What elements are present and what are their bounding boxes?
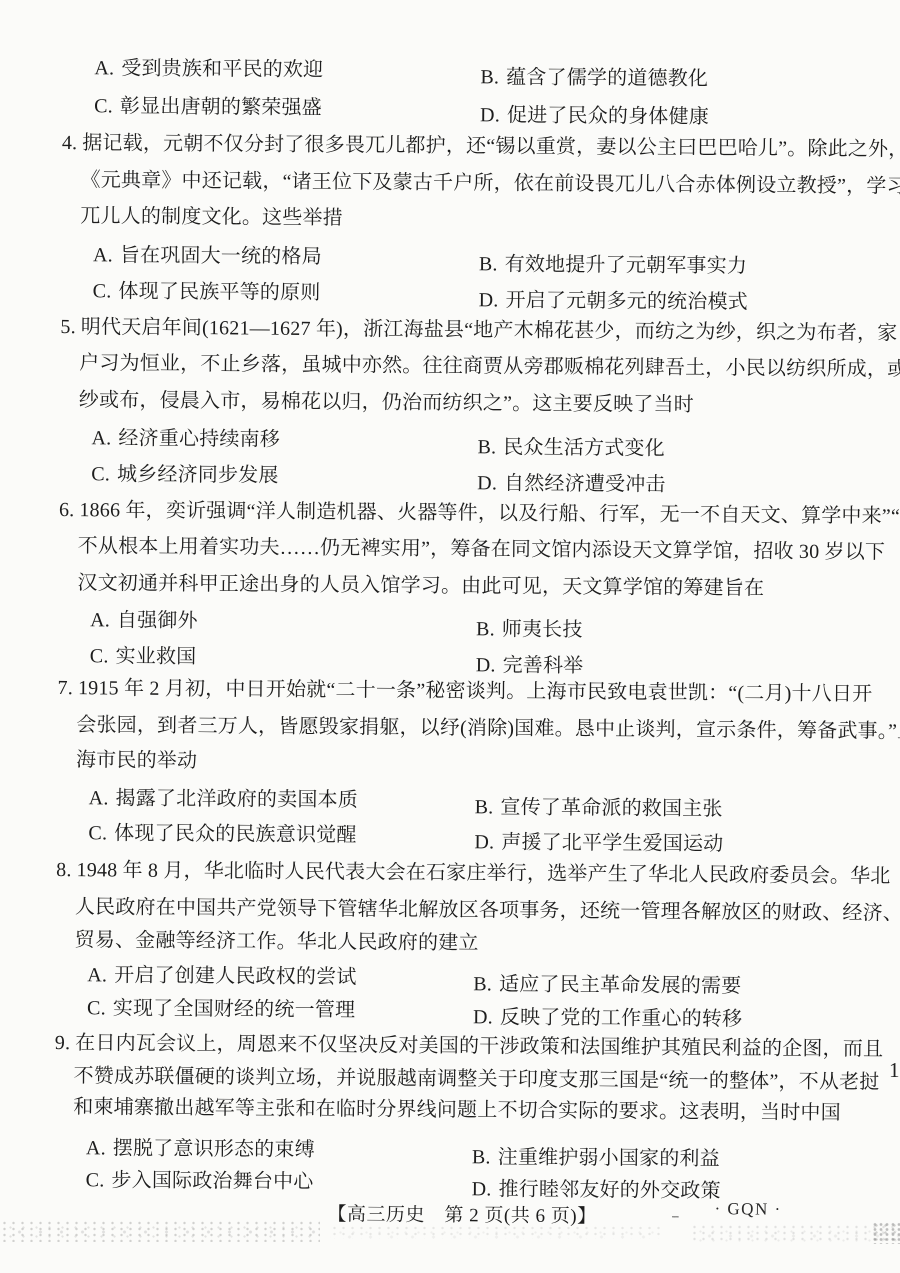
answer-option: B.适应了民主革命发展的需要 [473, 971, 741, 999]
option-label: D. [477, 470, 497, 496]
option-label: B. [480, 64, 499, 90]
answer-option: A.旨在巩固大一统的格局 [93, 242, 322, 270]
question-stem-line: 9.在日内瓦会议上，周恩来不仅坚决反对美国的干涉政策和法国维护其殖民利益的企图，… [55, 1030, 884, 1063]
answer-option: A.受到贵族和平民的欢迎 [94, 55, 323, 83]
answer-option: D.自然经济遭受冲击 [477, 470, 666, 497]
stem-text: 明代天启年间(1621—1627 年)，浙江海盐县“地产木棉花甚少，而纺之为纱，… [81, 316, 898, 344]
option-label: B. [472, 1144, 491, 1170]
option-label: C. [90, 643, 109, 669]
content-layer: 【高三历史 第 2 页(共 6 页)】 -- · GQN · A.受到贵族和平民… [0, 0, 900, 1273]
option-text: 民众生活方式变化 [503, 436, 665, 459]
option-text: 开启了元朝多元的统治模式 [505, 290, 748, 314]
option-label: C. [87, 995, 106, 1021]
answer-option: C.城乡经济同步发展 [91, 461, 279, 488]
option-label: C. [91, 461, 110, 487]
answer-option: C.体现了民族平等的原则 [93, 278, 321, 306]
question-number: 5. [60, 314, 76, 340]
option-text: 自然经济遭受冲击 [504, 473, 666, 496]
question-number: 7. [57, 675, 73, 701]
question-stem-line: 汉文初通并科甲正途出身的人员入馆学习。由此可见，天文算学馆的筹建旨在 [77, 570, 764, 601]
answer-option: D.推行睦邻友好的外交政策 [472, 1176, 721, 1204]
option-label: A. [90, 607, 110, 633]
answer-option: B.民众生活方式变化 [477, 434, 665, 461]
option-text: 完善科举 [503, 654, 584, 677]
answer-option: D.促进了民众的身体健康 [480, 102, 709, 130]
option-text: 摆脱了意识形态的束缚 [113, 1137, 315, 1161]
question-stem-line: 户习为恒业，不止乡落，虽城中亦然。往往商贾从旁郡贩棉花列肆吾土，小民以纺织所成，… [79, 350, 900, 383]
option-text: 体现了民众的民族意识觉醒 [114, 822, 357, 846]
question-stem-line: 会张园，到者三万人，皆愿毁家捐躯，以纾(消除)国难。恳中止谈判，宣示条件，筹备武… [76, 712, 900, 745]
stem-text: 和柬埔寨撤出越军等主张和在临时分界线问题上不切合实际的要求。这表明，当时中国 [73, 1096, 841, 1124]
option-label: D. [479, 287, 499, 313]
stem-text: 1915 年 2 月初，中日开始就“二十一条”秘密谈判。上海市民致电袁世凯：“(… [78, 677, 873, 705]
option-label: D. [480, 102, 500, 128]
answer-option: A.摆脱了意识形态的束缚 [86, 1135, 315, 1163]
question-stem-line: 兀儿人的制度文化。这些举措 [80, 203, 343, 231]
option-text: 声援了北平学生爱国运动 [501, 831, 723, 855]
answer-option: D.完善科举 [476, 652, 584, 679]
answer-option: A.开启了创建人民政权的尝试 [87, 962, 356, 990]
answer-option: D.反映了党的工作重心的转移 [473, 1004, 742, 1032]
answer-option: C.实业救国 [90, 643, 197, 670]
option-text: 体现了民族平等的原则 [118, 280, 320, 304]
option-label: A. [94, 55, 114, 81]
question-number: 6. [59, 497, 75, 523]
question-stem-line: 不赞成苏联僵硬的谈判立场，并说服越南调整关于印度支那三国是“统一的整体”，不从老… [73, 1063, 879, 1095]
answer-option: D.声援了北平学生爱国运动 [474, 829, 723, 857]
stem-text: 会张园，到者三万人，皆愿毁家捐躯，以纾(消除)国难。恳中止谈判，宣示条件，筹备武… [76, 714, 900, 743]
question-stem-line: 4.据记载，元朝不仅分封了很多畏兀儿都护，还“锡以重赏，妻以公主曰巴巴哈儿”。除… [62, 130, 900, 163]
option-text: 适应了民主革命发展的需要 [499, 973, 742, 997]
option-label: D. [474, 829, 494, 855]
option-text: 步入国际政治舞台中心 [111, 1169, 313, 1193]
option-label: A. [87, 962, 107, 988]
answer-option: B.宣传了革命派的救国主张 [475, 794, 723, 822]
option-label: C. [86, 1167, 105, 1193]
option-label: C. [93, 278, 112, 304]
option-text: 城乡经济同步发展 [117, 463, 279, 486]
scan-noise-right [690, 1224, 900, 1242]
question-number: 4. [62, 130, 78, 156]
stem-text: 《元典章》中还记载，“诸王位下及蒙古千户所，依在前设畏兀儿八合赤体例设立教授”，… [80, 169, 900, 198]
option-text: 旨在巩固大一统的格局 [120, 244, 322, 268]
answer-option: A.自强御外 [90, 607, 198, 634]
option-text: 注重维护弱小国家的利益 [498, 1146, 720, 1170]
stem-text: 人民政府在中国共产党领导下管辖华北解放区各项事务，还统一管理各解放区的财政、经济… [75, 896, 900, 925]
option-label: B. [473, 971, 492, 997]
question-stem-line: 《元典章》中还记载，“诸王位下及蒙古千户所，依在前设畏兀儿八合赤体例设立教授”，… [80, 167, 900, 200]
question-number: 9. [55, 1030, 71, 1056]
option-text: 实业救国 [116, 645, 197, 668]
stem-text: 据记载，元朝不仅分封了很多畏兀儿都护，还“锡以重赏，妻以公主曰巴巴哈儿”。除此之… [82, 132, 900, 160]
footer-stray-mark: -- [671, 1208, 678, 1224]
option-label: B. [477, 434, 496, 460]
stem-text: 贸易、金融等经济工作。华北人民政府的建立 [75, 929, 479, 954]
question-stem-line: 纱或布，侵晨入市，易棉花以归，仍治而纺织之”。这主要反映了当时 [79, 387, 694, 418]
answer-option: A.揭露了北洋政府的卖国本质 [89, 785, 358, 813]
question-stem-line: 8.1948 年 8 月，华北临时人民代表大会在石家庄举行，选举产生了华北人民政… [56, 857, 891, 890]
question-stem-line: 5.明代天启年间(1621—1627 年)，浙江海盐县“地产木棉花甚少，而纺之为… [60, 314, 897, 347]
option-label: C. [94, 93, 113, 119]
option-text: 反映了党的工作重心的转移 [500, 1006, 743, 1030]
question-stem-line: 人民政府在中国共产党领导下管辖华北解放区各项事务，还统一管理各解放区的财政、经济… [75, 894, 900, 927]
option-text: 揭露了北洋政府的卖国本质 [115, 787, 358, 811]
question-stem-line: 海市民的举动 [76, 747, 197, 774]
stem-text: 不赞成苏联僵硬的谈判立场，并说服越南调整关于印度支那三国是“统一的整体”，不从老… [73, 1065, 879, 1093]
option-text: 推行睦邻友好的外交政策 [498, 1178, 720, 1202]
option-label: B. [476, 616, 495, 642]
option-text: 彰显出唐朝的繁荣强盛 [120, 95, 322, 119]
answer-option: B.注重维护弱小国家的利益 [472, 1144, 720, 1172]
answer-option: D.开启了元朝多元的统治模式 [479, 287, 748, 315]
question-stem-line: 不从根本上用着实功夫……仍无裨实用”，筹备在同文馆内添设天文算学馆，招收 30 … [78, 533, 886, 565]
scan-noise-corner [872, 1222, 900, 1244]
answer-option: B.蕴含了儒学的道德教化 [480, 64, 708, 92]
answer-option: C.彰显出唐朝的繁荣强盛 [94, 93, 322, 121]
option-label: A. [91, 425, 111, 451]
question-stem-line: 贸易、金融等经济工作。华北人民政府的建立 [75, 927, 479, 956]
option-label: C. [88, 820, 107, 846]
answer-option: B.有效地提升了元朝军事实力 [479, 251, 747, 279]
exam-paper-page: 【高三历史 第 2 页(共 6 页)】 -- · GQN · A.受到贵族和平民… [0, 0, 900, 1273]
stem-text: 1948 年 8 月，华北临时人民代表大会在石家庄举行，选举产生了华北人民政府委… [76, 859, 890, 887]
stem-text: 户习为恒业，不止乡落，虽城中亦然。往往商贾从旁郡贩棉花列肆吾土，小民以纺织所成，… [79, 352, 900, 381]
stem-text: 纱或布，侵晨入市，易棉花以归，仍治而纺织之”。这主要反映了当时 [79, 389, 694, 416]
option-label: A. [89, 785, 109, 811]
option-text: 受到贵族和平民的欢迎 [121, 57, 323, 81]
stem-text: 1866 年，奕䜣强调“洋人制造机器、火器等件，以及行船、行军，无一不自天文、算… [79, 499, 900, 528]
answer-option: C.实现了全国财经的统一管理 [87, 995, 355, 1023]
option-text: 师夷长技 [502, 618, 583, 641]
option-text: 开启了创建人民政权的尝试 [114, 964, 357, 988]
stem-text: 不从根本上用着实功夫……仍无裨实用”，筹备在同文馆内添设天文算学馆，招收 30 … [78, 535, 886, 563]
option-label: B. [475, 794, 494, 820]
option-text: 宣传了革命派的救国主张 [500, 796, 722, 820]
option-label: A. [86, 1135, 106, 1161]
option-label: D. [476, 652, 496, 678]
option-text: 自强御外 [117, 609, 198, 632]
question-number: 8. [56, 857, 72, 883]
option-text: 蕴含了儒学的道德教化 [506, 67, 708, 91]
answer-option: C.体现了民众的民族意识觉醒 [88, 820, 356, 848]
answer-option: A.经济重心持续南移 [91, 425, 280, 452]
page-edge-digit: 1 [889, 1058, 900, 1083]
option-text: 经济重心持续南移 [118, 427, 280, 450]
option-label: B. [479, 251, 498, 277]
question-stem-line: 6.1866 年，奕䜣强调“洋人制造机器、火器等件，以及行船、行军，无一不自天文… [59, 497, 900, 530]
question-stem-line: 和柬埔寨撤出越军等主张和在临时分界线问题上不切合实际的要求。这表明，当时中国 [73, 1094, 841, 1126]
option-label: A. [93, 242, 113, 268]
scan-noise-middle [330, 1225, 660, 1239]
option-label: D. [472, 1176, 492, 1202]
option-label: D. [473, 1004, 493, 1030]
stem-text: 汉文初通并科甲正途出身的人员入馆学习。由此可见，天文算学馆的筹建旨在 [77, 572, 764, 599]
question-stem-line: 7.1915 年 2 月初，中日开始就“二十一条”秘密谈判。上海市民致电袁世凯：… [57, 675, 872, 707]
answer-option: B.师夷长技 [476, 616, 583, 643]
scan-noise-left [0, 1220, 320, 1242]
stem-text: 海市民的举动 [76, 749, 197, 772]
option-text: 实现了全国财经的统一管理 [113, 997, 356, 1021]
stem-text: 兀儿人的制度文化。这些举措 [80, 205, 343, 229]
footer-exam-code: · GQN · [714, 1199, 781, 1220]
option-text: 有效地提升了元朝军事实力 [505, 254, 748, 278]
answer-option: C.步入国际政治舞台中心 [86, 1167, 314, 1195]
page-footer: 【高三历史 第 2 页(共 6 页)】 [327, 1199, 596, 1228]
option-text: 促进了民众的身体健康 [507, 105, 709, 129]
stem-text: 在日内瓦会议上，周恩来不仅坚决反对美国的干涉政策和法国维护其殖民利益的企图，而且 [75, 1032, 883, 1060]
